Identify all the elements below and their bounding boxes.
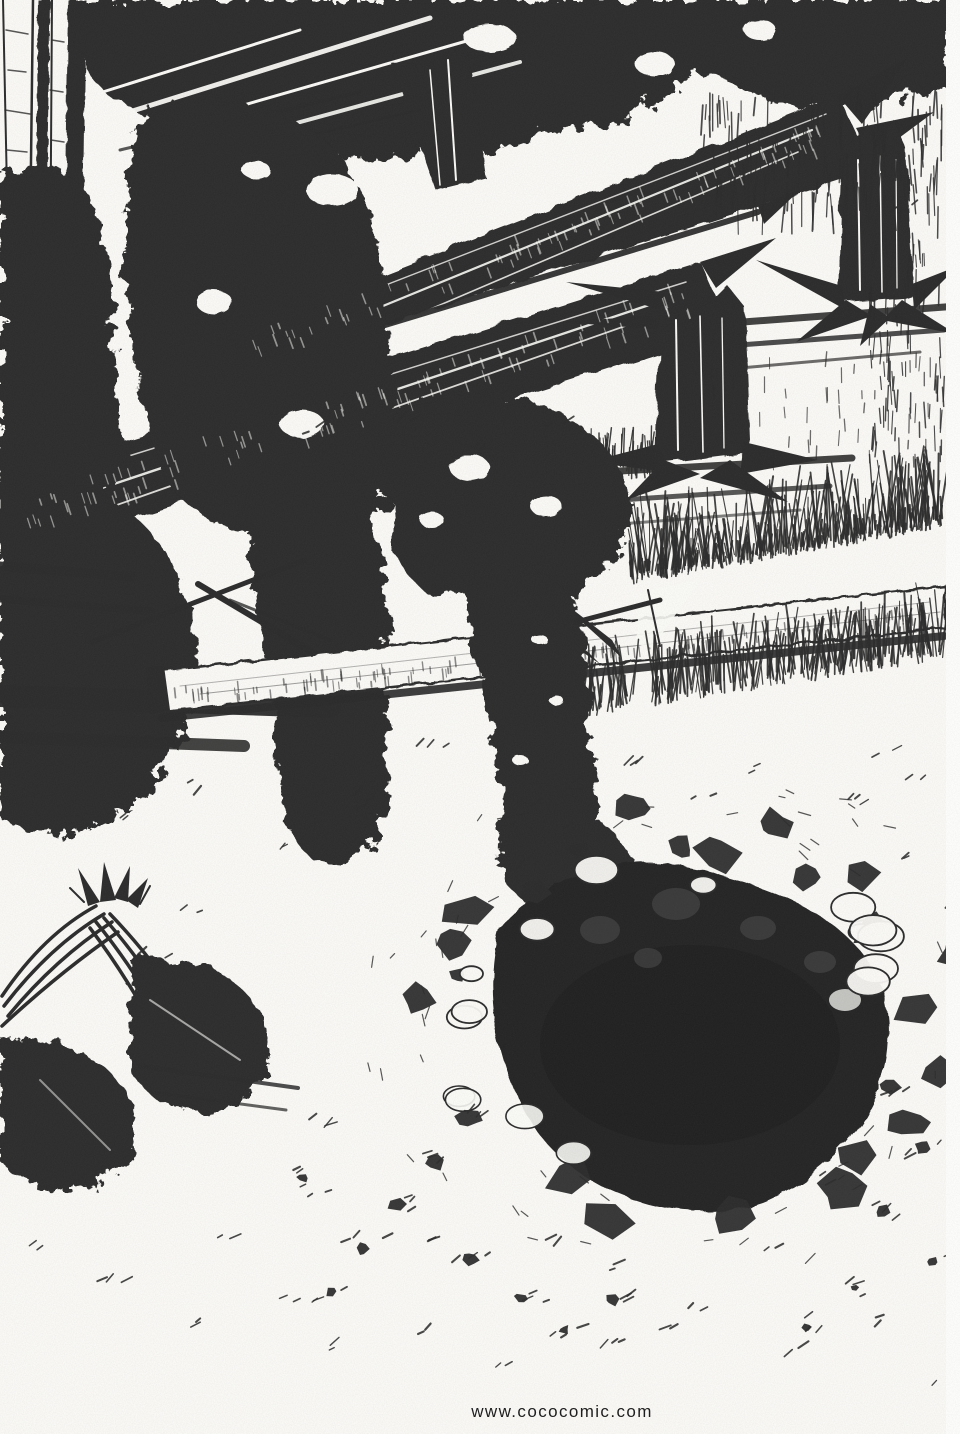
- manga-page: www.cococomic.com: [0, 0, 960, 1434]
- manga-artwork: [0, 0, 960, 1434]
- watermark-text: www.cococomic.com: [402, 1402, 722, 1422]
- scan-grain: [0, 0, 960, 1434]
